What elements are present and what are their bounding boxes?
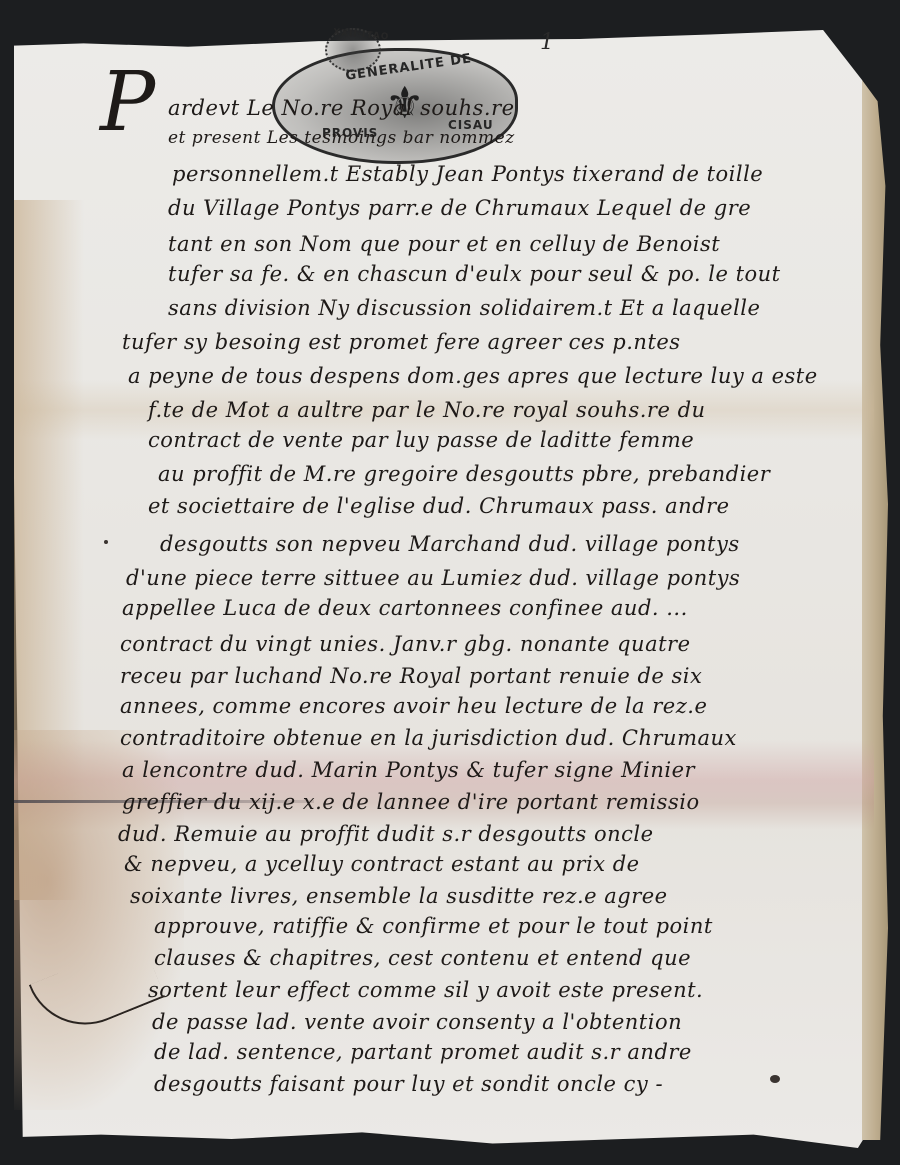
text-line: contraditoire obtenue en la jurisdiction… (120, 726, 737, 750)
ink-speck (104, 540, 108, 544)
text-line: receu par luchand No.re Royal portant re… (120, 664, 702, 688)
text-line: dud. Remuie au proffit dudit s.r desgout… (118, 822, 654, 846)
text-line: et present Les tesmoings bar nommez (168, 128, 515, 148)
text-line: soixante livres, ensemble la susditte re… (130, 884, 668, 908)
decorated-initial: P (100, 62, 155, 144)
text-line: sans division Ny discussion solidairem.t… (168, 296, 760, 320)
text-line: et societtaire de l'eglise dud. Chrumaux… (148, 494, 730, 518)
text-line: tant en son Nom que pour et en celluy de… (168, 232, 720, 256)
text-line: a lencontre dud. Marin Pontys & tufer si… (122, 758, 695, 782)
text-line: appellee Luca de deux cartonnees confine… (122, 596, 688, 620)
text-line: tufer sa fe. & en chascun d'eulx pour se… (168, 262, 781, 286)
text-line: contract du vingt unies. Janv.r gbg. non… (120, 632, 691, 656)
text-line: greffier du xij.e x.e de lannee d'ire po… (122, 790, 700, 814)
text-line: de lad. sentence, partant promet audit s… (154, 1040, 692, 1064)
text-line: a peyne de tous despens dom.ges apres qu… (128, 364, 818, 388)
text-line: d'une piece terre sittuee au Lumiez dud.… (126, 566, 740, 590)
text-line: de passe lad. vente avoir consenty a l'o… (152, 1010, 682, 1034)
text-line: clauses & chapitres, cest contenu et ent… (154, 946, 691, 970)
text-line: annees, comme encores avoir heu lecture … (120, 694, 707, 718)
text-line: tufer sy besoing est promet fere agreer … (122, 330, 681, 354)
text-line: contract de vente par luy passe de ladit… (148, 428, 694, 452)
text-line: sortent leur effect comme sil y avoit es… (148, 978, 703, 1002)
text-line: personnellem.t Estably Jean Pontys tixer… (172, 162, 763, 186)
text-line: au proffit de M.re gregoire desgoutts pb… (158, 462, 770, 486)
text-line: desgoutts son nepveu Marchand dud. villa… (160, 532, 740, 556)
ink-blot (770, 1075, 780, 1083)
text-line: & nepveu, a ycelluy contract estant au p… (124, 852, 640, 876)
text-line: du Village Pontys parr.e de Chrumaux Leq… (168, 196, 751, 220)
text-line: f.te de Mot a aultre par le No.re royal … (148, 398, 706, 422)
page-number-mark: 1 (540, 30, 554, 55)
text-line: approuve, ratiffie & confirme et pour le… (154, 914, 713, 938)
text-line: ardevt Le No.re Royal souhs.re (168, 96, 515, 120)
torn-page-edge (862, 80, 888, 1140)
text-line: desgoutts faisant pour luy et sondit onc… (154, 1072, 663, 1096)
